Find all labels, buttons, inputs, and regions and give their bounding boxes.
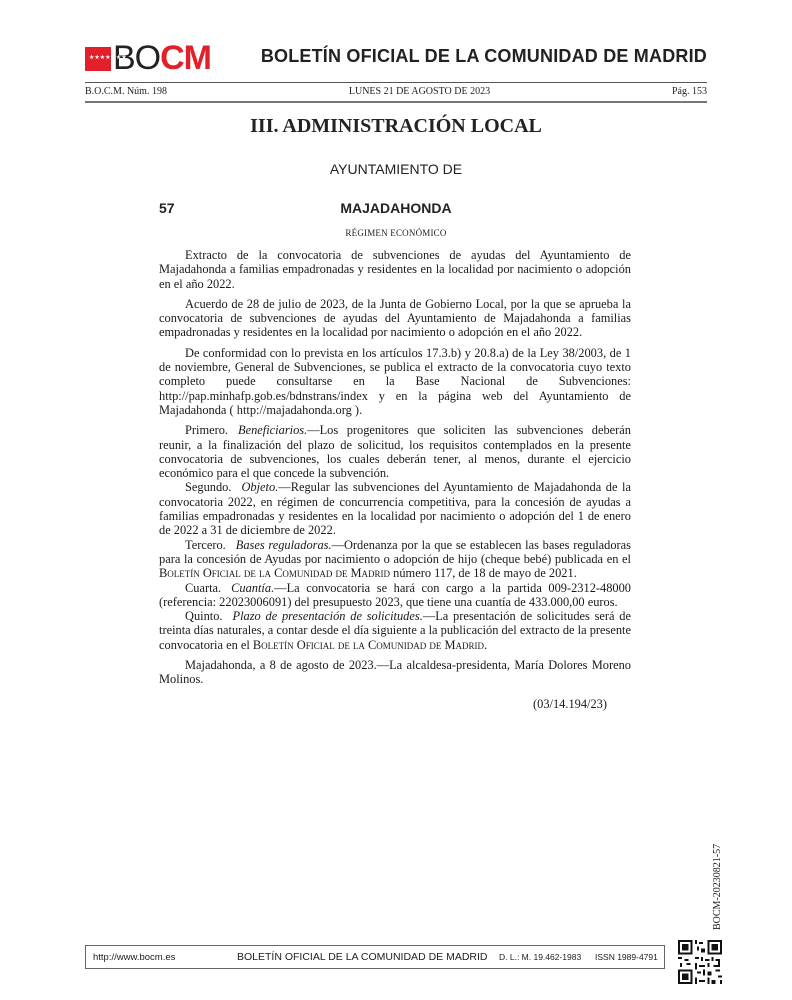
article-segundo: Segundo.Objeto.—Regular las subvenciones… xyxy=(159,480,631,537)
header-meta-row: B.O.C.M. Núm. 198 LUNES 21 DE AGOSTO DE … xyxy=(85,86,707,97)
issn: ISSN 1989-4791 xyxy=(595,952,658,962)
header-rule-top xyxy=(85,82,707,83)
masthead-title: BOLETÍN OFICIAL DE LA COMUNIDAD DE MADRI… xyxy=(261,46,707,67)
section-title: III. ADMINISTRACIÓN LOCAL xyxy=(0,115,792,138)
legal-deposit: D. L.: M. 19.462-1983 xyxy=(499,952,595,962)
paragraph-agreement: Acuerdo de 28 de julio de 2023, de la Ju… xyxy=(159,297,631,340)
reference-code: (03/14.194/23) xyxy=(159,697,631,711)
document-id-vertical: BOCM-20230821-57 xyxy=(712,844,723,930)
header-rule-bottom xyxy=(85,101,707,103)
municipality-name: MAJADAHONDA xyxy=(0,200,792,216)
issue-date: LUNES 21 DE AGOSTO DE 2023 xyxy=(349,86,490,97)
article-primero: Primero.Beneficiarios.—Los progenitores … xyxy=(159,423,631,480)
logo-suffix: CM xyxy=(160,39,211,77)
article-cuarta: Cuarta.Cuantía.—La convocatoria se hará … xyxy=(159,581,631,610)
document-body: Extracto de la convocatoria de subvencio… xyxy=(159,248,631,711)
logo-text: BOCM xyxy=(113,43,211,73)
signature: Majadahonda, a 8 de agosto de 2023.—La a… xyxy=(159,658,631,687)
paragraph-extract: Extracto de la convocatoria de subvencio… xyxy=(159,248,631,291)
qr-code-icon xyxy=(678,940,722,984)
footer-url-link[interactable]: http://www.bocm.es xyxy=(93,952,237,963)
article-tercero: Tercero.Bases reguladoras.—Ordenanza por… xyxy=(159,538,631,581)
issue-number: B.O.C.M. Núm. 198 xyxy=(85,86,167,97)
subject-heading: RÉGIMEN ECONÓMICO xyxy=(0,228,792,238)
bocm-logo: ★★★★★★★ BOCM xyxy=(85,43,211,73)
article-quinto: Quinto.Plazo de presentación de solicitu… xyxy=(159,609,631,652)
paragraph-legal-basis: De conformidad con lo prevista en los ar… xyxy=(159,346,631,417)
madrid-flag-icon: ★★★★★★★ xyxy=(85,47,111,71)
entity-label: AYUNTAMIENTO DE xyxy=(0,161,792,177)
footer-title: BOLETÍN OFICIAL DE LA COMUNIDAD DE MADRI… xyxy=(237,951,499,963)
footer-bar: http://www.bocm.es BOLETÍN OFICIAL DE LA… xyxy=(85,945,665,969)
page-number: Pág. 153 xyxy=(672,86,707,97)
